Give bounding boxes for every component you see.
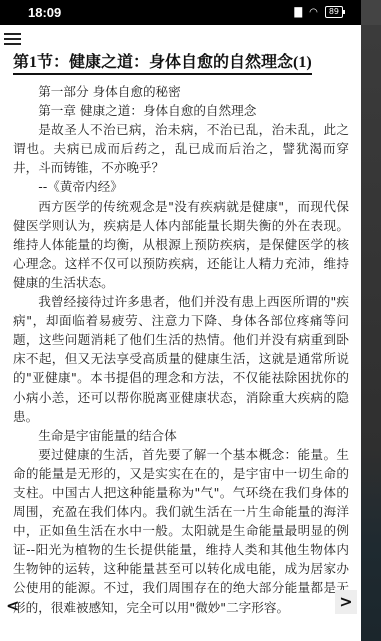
paragraph: 生命是宇宙能量的结合体 [13, 426, 349, 445]
paragraph: 是故圣人不治已病，治未病，不治已乱，治未乱，此之谓也。夫病已成而后药之，乱已成而… [13, 120, 349, 177]
paragraph: 第一部分 身体自愈的秘密 [13, 82, 349, 101]
paragraph: 第一章 健康之道：身体自愈的自然理念 [13, 101, 349, 120]
clock: 18:09 [28, 5, 61, 20]
paragraph: 我曾经接待过许多患者，他们并没有患上西医所谓的"疾病"，却面临着易疲劳、注意力下… [13, 292, 349, 426]
status-bar: 18:09 ▇ ◠ 89 [0, 0, 361, 25]
wifi-icon: ◠ [309, 7, 318, 18]
battery-icon: 89 [325, 6, 343, 18]
next-page-button[interactable]: > [335, 590, 357, 614]
paragraph: 西方医学的传统观念是"没有疾病就是健康"，而现代保健医学则认为，疾病是人体内部能… [13, 197, 349, 292]
status-icons: ▇ ◠ 89 [294, 6, 343, 18]
paragraph: 要过健康的生活，首先要了解一个基本概念：能量。生命的能量是无形的，又是实实在在的… [13, 445, 349, 617]
hamburger-menu-icon[interactable] [4, 33, 21, 45]
paragraph: --《黄帝内经》 [13, 177, 349, 196]
previous-page-button[interactable]: < [6, 596, 19, 615]
background-app-overlay [361, 0, 381, 641]
chapter-title: 第1节：健康之道：身体自愈的自然理念(1) [13, 49, 312, 75]
chapter-content: 第一部分 身体自愈的秘密 第一章 健康之道：身体自愈的自然理念 是故圣人不治已病… [13, 82, 349, 617]
signal-icon: ▇ [294, 7, 302, 18]
